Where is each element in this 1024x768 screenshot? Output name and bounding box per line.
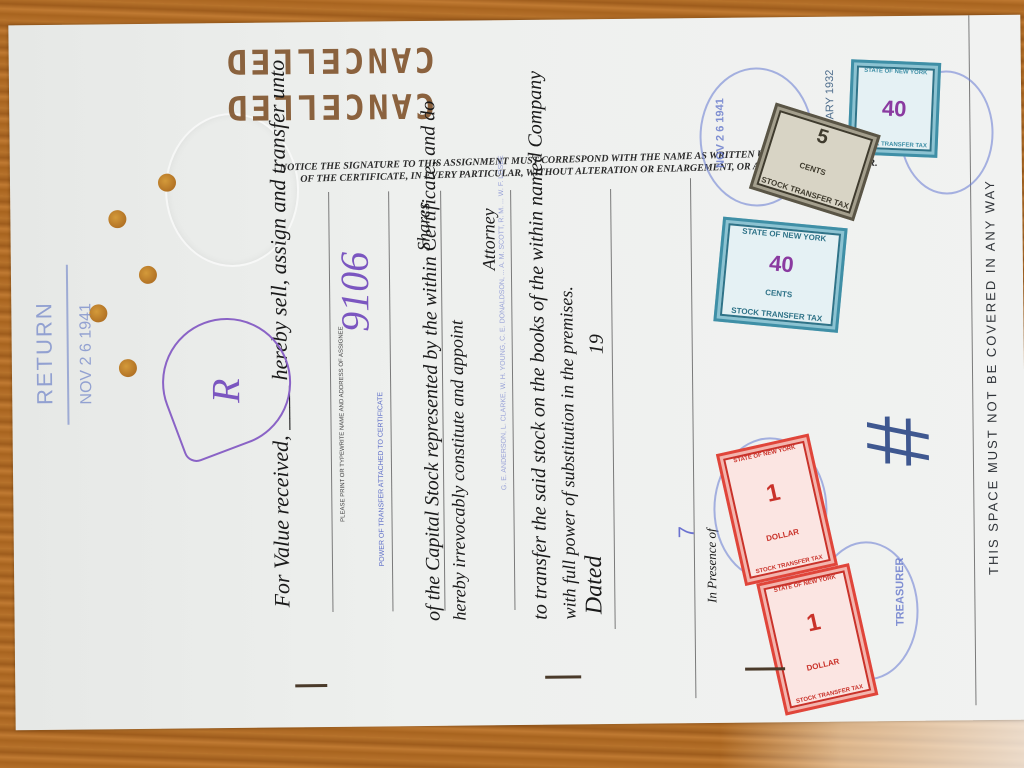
staple-mark (295, 684, 327, 687)
print-instruction: PLEASE PRINT OR TYPEWRITE NAME AND ADDRE… (339, 326, 347, 522)
punch-hole (108, 210, 126, 228)
perforation-cancel: CANCELLED (224, 39, 436, 81)
stamp-unit: DOLLAR (806, 656, 840, 672)
stamp-denomination: 40 (881, 95, 907, 122)
cancel-stamp-text: TREASURER (894, 557, 907, 626)
stamp-denomination: 1 (764, 479, 783, 509)
faint-attorney-names: G. E. ANDERSON, L. CLARKE, W. H. YOUNG, … (498, 155, 509, 490)
punch-hole (139, 266, 157, 284)
punch-hole (119, 359, 137, 377)
margin-warning: THIS SPACE MUST NOT BE COVERED IN ANY WA… (982, 179, 1001, 575)
assignment-line-5: with full power of substitution in the p… (556, 286, 580, 620)
power-of-transfer-stamp: POWER OF TRANSFER ATTACHED TO CERTIFICAT… (377, 392, 386, 567)
year-prefix: 19 (586, 334, 609, 354)
assignment-line-3: hereby irrevocably constitute and appoin… (446, 320, 470, 621)
stamp-issuer: STATE OF NEW YORK (773, 574, 836, 594)
staple-mark (545, 675, 581, 678)
handwritten-mark: # (847, 415, 951, 466)
stamp-unit: CENTS (798, 160, 827, 177)
stamp-issuer: STATE OF NEW YORK (733, 445, 796, 465)
stamp-denomination: 5 (814, 125, 831, 150)
tax-stamp-40-cents: STATE OF NEW YORK 40 CENTS STOCK TRANSFE… (713, 217, 847, 333)
return-stamp-label: RETURN (31, 301, 58, 405)
punch-hole (158, 174, 176, 192)
return-stamp-date: NOV 2 6 1941 (77, 303, 96, 405)
stamp-issuer: STATE OF NEW YORK (742, 226, 827, 243)
handwritten-share-number: 9106 (331, 251, 379, 331)
handwritten-margin-number: 7 (674, 526, 700, 539)
return-stamp-line (66, 265, 70, 425)
stamp-unit: DOLLAR (765, 527, 799, 543)
staple-mark (745, 667, 785, 670)
handwritten-initials: R (202, 378, 249, 403)
stamp-label: STOCK TRANSFER TAX (796, 684, 864, 705)
attorney-label: Attorney (478, 208, 500, 270)
form-line (388, 191, 393, 611)
stamp-denomination: 1 (804, 608, 823, 638)
stamp-denomination: 40 (768, 250, 795, 278)
stamp-unit: CENTS (765, 288, 793, 300)
form-line (510, 190, 515, 610)
form-line (610, 189, 616, 629)
dated-label: Dated (581, 555, 609, 614)
stamp-label: STOCK TRANSFER TAX (731, 306, 823, 324)
assignment-line-4: to transfer the said stock on the books … (524, 71, 553, 620)
perforation-cancel: CANCELLED (224, 85, 436, 127)
stamp-label: STOCK TRANSFER TAX (760, 175, 850, 211)
stamp-issuer: STATE OF NEW YORK (864, 68, 928, 77)
form-line (690, 178, 696, 698)
certificate-paper: CANCELLED CANCELLED RETURN NOV 2 6 1941 … (8, 15, 1024, 731)
cancel-stamp-date: NOV 2 6 1941 (714, 98, 727, 168)
